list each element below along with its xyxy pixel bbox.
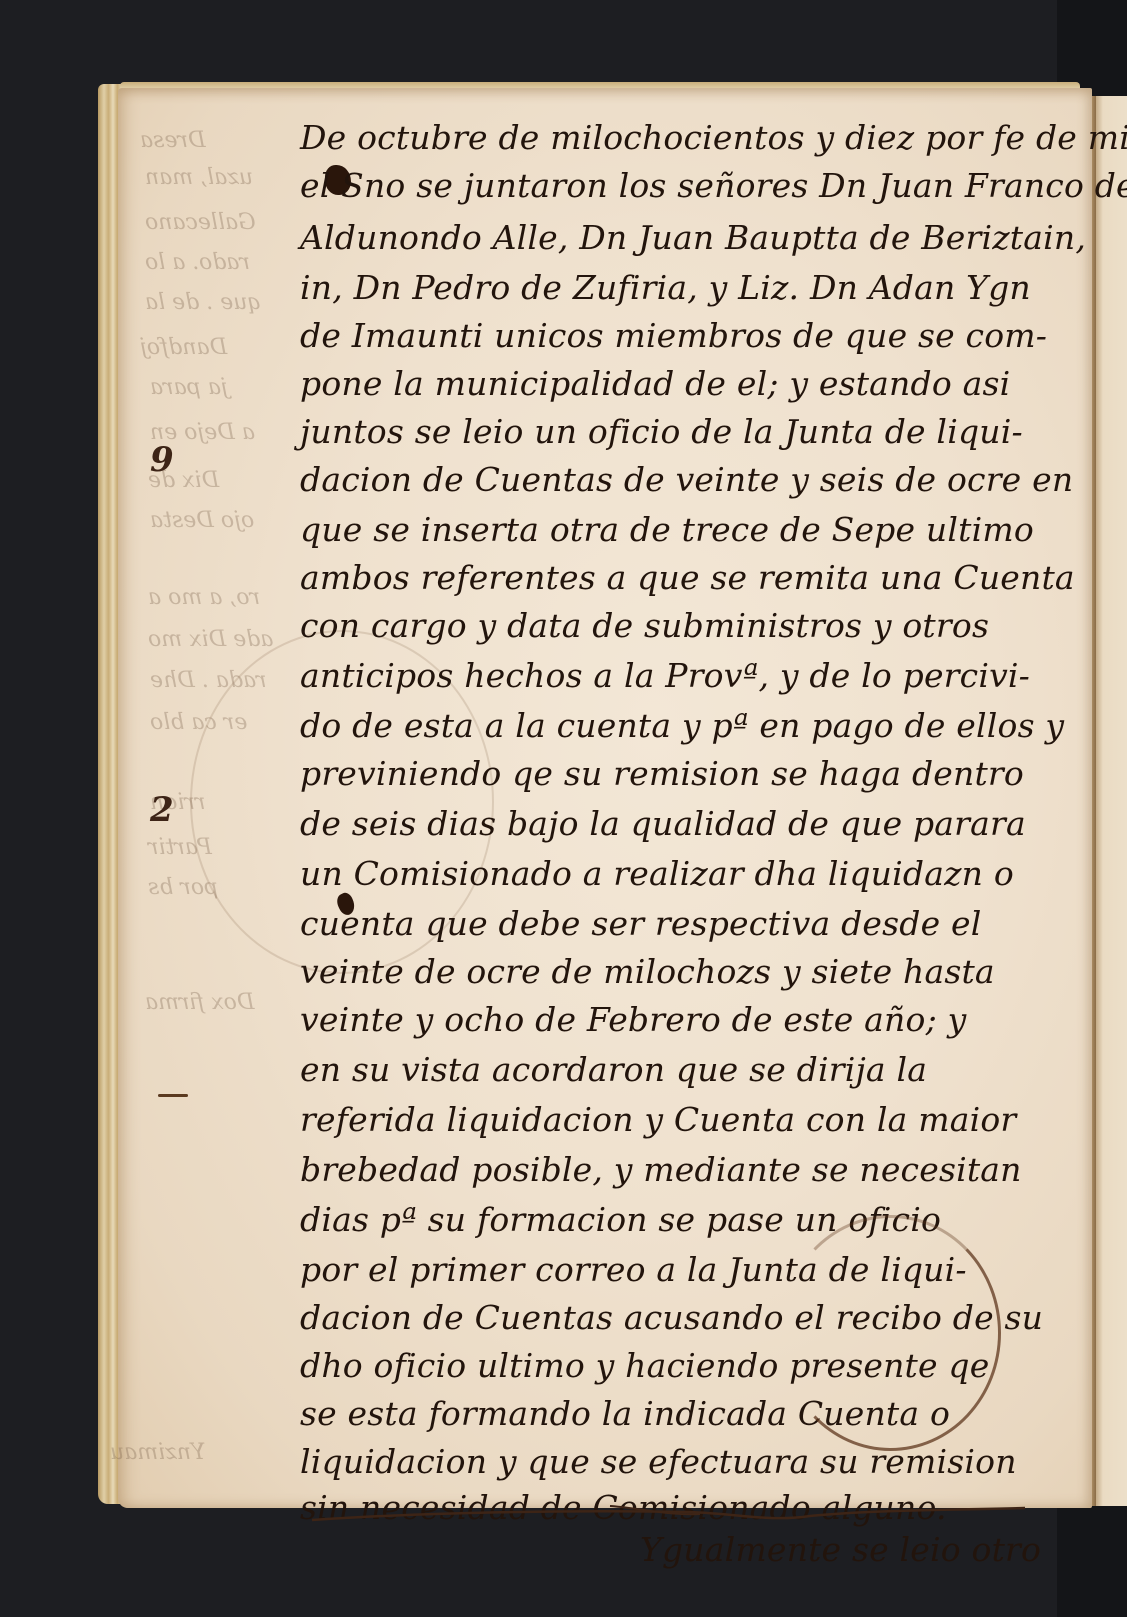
text-line: anticipos hechos a la Provª, y de lo per… bbox=[300, 656, 1030, 695]
underline-flourish bbox=[310, 1502, 1030, 1524]
adjacent-page bbox=[1095, 96, 1127, 1506]
ghost-fragment: ojo Desta bbox=[150, 508, 254, 533]
text-line: de seis dias bajo la qualidad de que par… bbox=[300, 804, 1026, 843]
margin-mark: 9 bbox=[150, 440, 174, 480]
text-line: Ygualmente se leio otro bbox=[640, 1530, 1041, 1569]
text-line: do de esta a la cuenta y pª en pago de e… bbox=[300, 706, 1064, 745]
ghost-fragment: Dandfoj bbox=[140, 335, 227, 360]
text-line: cuenta que debe ser respectiva desde el bbox=[300, 904, 981, 943]
text-line: que se inserta otra de trece de Sepe ult… bbox=[300, 510, 1034, 549]
text-line: el Sno se juntaron los señores Dn Juan F… bbox=[300, 166, 1127, 205]
ink-stamp-circle bbox=[780, 1215, 1001, 1451]
ghost-fragment: rado. a lo bbox=[145, 250, 250, 275]
text-line: un Comisionado a realizar dha liquidazn … bbox=[300, 854, 1014, 893]
text-line: previniendo qe su remision se haga dentr… bbox=[300, 754, 1024, 793]
text-line: Aldunondo Alle, Dn Juan Bauptta de Beriz… bbox=[300, 218, 1086, 257]
text-line: in, Dn Pedro de Zufiria, y Liz. Dn Adan … bbox=[300, 268, 1031, 307]
text-line: veinte y ocho de Febrero de este año; y bbox=[300, 1000, 966, 1039]
ghost-fragment: uzal, man bbox=[145, 165, 253, 190]
text-line: ambos referentes a que se remita una Cue… bbox=[300, 558, 1075, 597]
text-line: con cargo y data de subministros y otros bbox=[300, 606, 989, 645]
text-line: juntos se leio un oficio de la Junta de … bbox=[300, 412, 1023, 451]
ghost-fragment: ja para bbox=[150, 375, 228, 400]
ghost-fragment: Dresa bbox=[140, 128, 206, 153]
text-line: brebedad posible, y mediante se necesita… bbox=[300, 1150, 1022, 1189]
text-line: pone la municipalidad de el; y estando a… bbox=[300, 364, 1010, 403]
text-line: referida liquidacion y Cuenta con la mai… bbox=[300, 1100, 1016, 1139]
ghost-fragment: Dox firma bbox=[145, 990, 254, 1015]
text-line: en su vista acordaron que se dirija la bbox=[300, 1050, 927, 1089]
margin-dash bbox=[158, 1094, 188, 1097]
ghost-fragment: ade Dix mo bbox=[148, 627, 273, 652]
ghost-fragment: Ynzimau bbox=[110, 1440, 205, 1465]
margin-mark: 2 bbox=[150, 790, 174, 830]
text-line: dacion de Cuentas de veinte y seis de oc… bbox=[300, 460, 1073, 499]
text-line: veinte de ocre de milochozs y siete hast… bbox=[300, 952, 995, 991]
ghost-fragment: Gallecano bbox=[145, 210, 256, 235]
text-line: De octubre de milochocientos y diez por … bbox=[300, 118, 1127, 157]
ghost-fragment: que . de la bbox=[145, 290, 262, 315]
ghost-fragment: ro, a mo a bbox=[148, 585, 260, 610]
text-line: de Imaunti unicos miembros de que se com… bbox=[300, 316, 1047, 355]
